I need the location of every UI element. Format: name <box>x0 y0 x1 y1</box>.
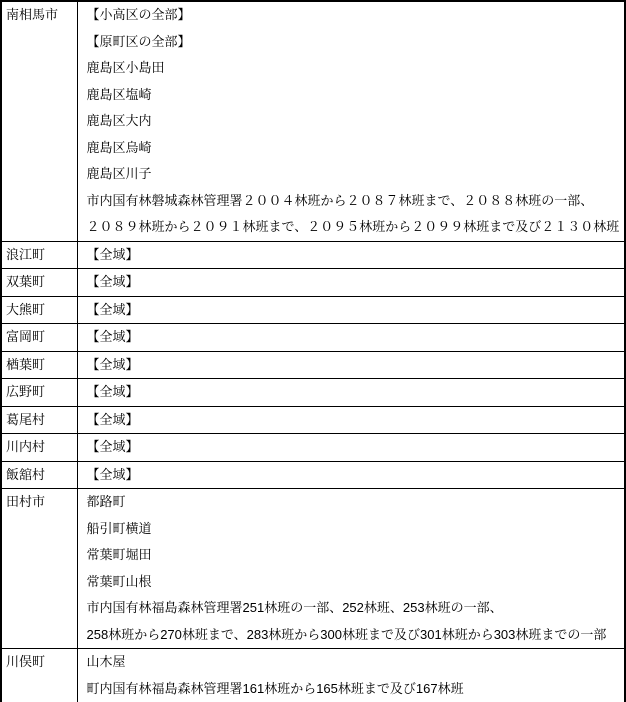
area-line: 【全域】 <box>78 434 625 461</box>
area-line: 【原町区の全部】 <box>78 29 625 56</box>
municipality-cell: 広野町 <box>1 379 77 407</box>
table-row: 広野町 【全域】 <box>1 379 625 407</box>
area-line: 常葉町山根 <box>78 569 625 596</box>
area-line: 【全域】 <box>78 407 625 434</box>
area-line: 都路町 <box>78 489 625 516</box>
municipality-name: 飯舘村 <box>2 462 77 489</box>
municipality-cell: 富岡町 <box>1 324 77 352</box>
municipality-cell: 南相馬市 <box>1 1 77 241</box>
municipality-cell: 川俣町 <box>1 649 77 702</box>
table-row: 川内村 【全域】 <box>1 434 625 462</box>
municipality-name: 南相馬市 <box>2 2 77 29</box>
areas-cell: 【小高区の全部】 【原町区の全部】 鹿島区小島田 鹿島区塩崎 鹿島区大内 鹿島区… <box>77 1 625 241</box>
areas-cell: 【全域】 <box>77 406 625 434</box>
area-line: 【全域】 <box>78 297 625 324</box>
area-line: 【全域】 <box>78 352 625 379</box>
municipality-name: 葛尾村 <box>2 407 77 434</box>
municipality-cell: 田村市 <box>1 489 77 649</box>
area-line: 市内国有林磐城森林管理署２００４林班から２０８７林班まで、２０８８林班の一部、 <box>78 188 625 215</box>
areas-cell: 【全域】 <box>77 379 625 407</box>
municipality-cell: 川内村 <box>1 434 77 462</box>
municipality-cell: 浪江町 <box>1 241 77 269</box>
areas-cell: 【全域】 <box>77 351 625 379</box>
areas-cell: 山木屋 町内国有林福島森林管理署161林班から165林班まで及び167林班 <box>77 649 625 702</box>
municipality-cell: 双葉町 <box>1 269 77 297</box>
area-line: 船引町横道 <box>78 516 625 543</box>
area-line: 鹿島区川子 <box>78 161 625 188</box>
area-line: 町内国有林福島森林管理署161林班から165林班まで及び167林班 <box>78 676 625 702</box>
municipality-name: 田村市 <box>2 489 77 516</box>
table-row: 楢葉町 【全域】 <box>1 351 625 379</box>
municipality-cell: 大熊町 <box>1 296 77 324</box>
areas-cell: 【全域】 <box>77 434 625 462</box>
areas-cell: 【全域】 <box>77 269 625 297</box>
municipality-cell: 飯舘村 <box>1 461 77 489</box>
area-line: 【全域】 <box>78 324 625 351</box>
table-row: 双葉町 【全域】 <box>1 269 625 297</box>
area-line: 【全域】 <box>78 269 625 296</box>
area-line: 鹿島区塩崎 <box>78 82 625 109</box>
table-row: 富岡町 【全域】 <box>1 324 625 352</box>
table-row: 浪江町 【全域】 <box>1 241 625 269</box>
area-line: 市内国有林福島森林管理署251林班の一部、252林班、253林班の一部、 <box>78 595 625 622</box>
table-row: 葛尾村 【全域】 <box>1 406 625 434</box>
area-line: ２０８９林班から２０９１林班まで、２０９５林班から２０９９林班まで及び２１３０林… <box>78 214 625 241</box>
area-line: 常葉町堀田 <box>78 542 625 569</box>
area-line: 258林班から270林班まで、283林班から300林班まで及び301林班から30… <box>78 622 625 649</box>
area-line: 山木屋 <box>78 649 625 676</box>
document-page: 南相馬市 【小高区の全部】 【原町区の全部】 鹿島区小島田 鹿島区塩崎 鹿島区大… <box>0 0 626 702</box>
municipality-name: 浪江町 <box>2 242 77 269</box>
area-line: 鹿島区小島田 <box>78 55 625 82</box>
municipality-name: 川俣町 <box>2 649 77 676</box>
area-line: 【小高区の全部】 <box>78 2 625 29</box>
areas-cell: 都路町 船引町横道 常葉町堀田 常葉町山根 市内国有林福島森林管理署251林班の… <box>77 489 625 649</box>
area-line: 【全域】 <box>78 242 625 269</box>
table-row: 南相馬市 【小高区の全部】 【原町区の全部】 鹿島区小島田 鹿島区塩崎 鹿島区大… <box>1 1 625 241</box>
table-row: 田村市 都路町 船引町横道 常葉町堀田 常葉町山根 市内国有林福島森林管理署25… <box>1 489 625 649</box>
municipality-name: 広野町 <box>2 379 77 406</box>
municipality-name: 双葉町 <box>2 269 77 296</box>
area-line: 鹿島区烏崎 <box>78 135 625 162</box>
area-line: 鹿島区大内 <box>78 108 625 135</box>
areas-cell: 【全域】 <box>77 324 625 352</box>
municipality-name: 川内村 <box>2 434 77 461</box>
table-row: 大熊町 【全域】 <box>1 296 625 324</box>
municipality-name: 楢葉町 <box>2 352 77 379</box>
municipality-name: 大熊町 <box>2 297 77 324</box>
municipality-name: 富岡町 <box>2 324 77 351</box>
areas-cell: 【全域】 <box>77 241 625 269</box>
municipality-cell: 葛尾村 <box>1 406 77 434</box>
evacuation-area-table: 南相馬市 【小高区の全部】 【原町区の全部】 鹿島区小島田 鹿島区塩崎 鹿島区大… <box>0 0 626 702</box>
table-row: 飯舘村 【全域】 <box>1 461 625 489</box>
table-row: 川俣町 山木屋 町内国有林福島森林管理署161林班から165林班まで及び167林… <box>1 649 625 702</box>
area-line: 【全域】 <box>78 379 625 406</box>
areas-cell: 【全域】 <box>77 461 625 489</box>
areas-cell: 【全域】 <box>77 296 625 324</box>
area-line: 【全域】 <box>78 462 625 489</box>
municipality-cell: 楢葉町 <box>1 351 77 379</box>
